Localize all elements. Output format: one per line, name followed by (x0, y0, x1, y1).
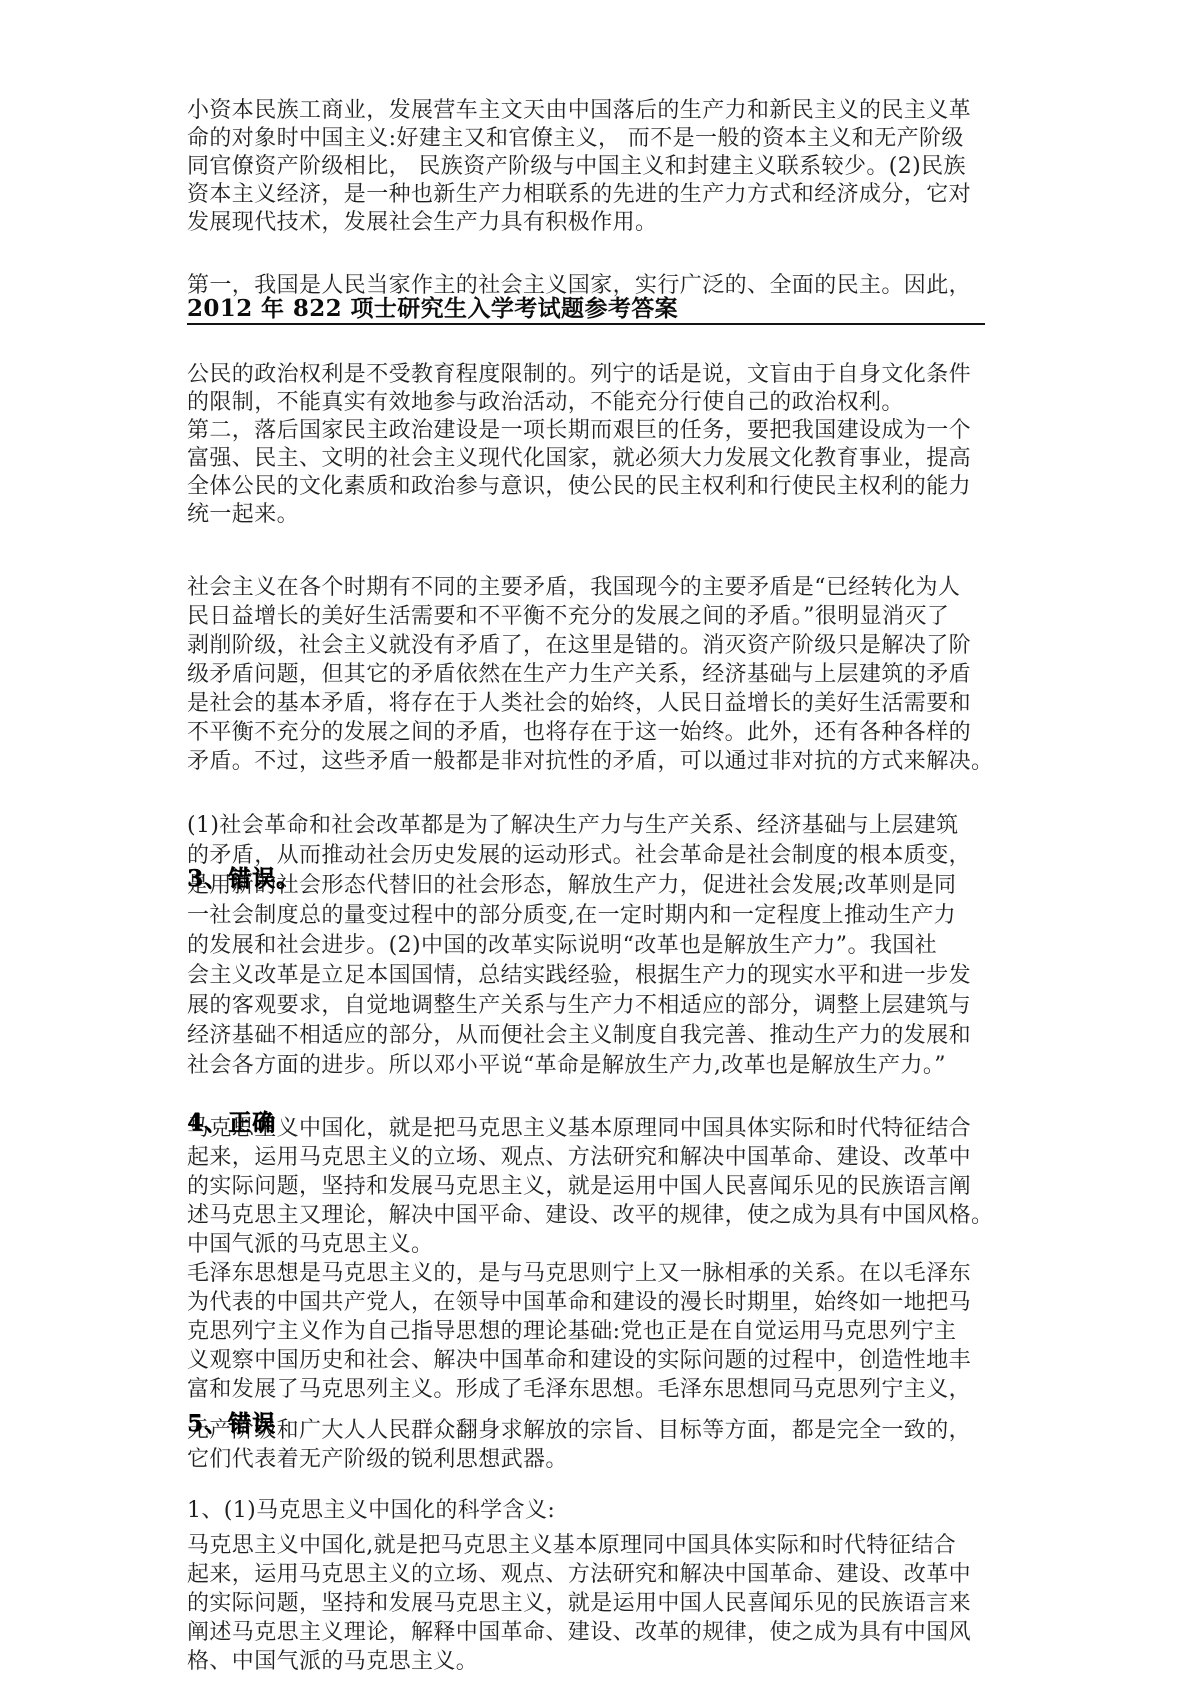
paragraph-revolution-reform: (1)社会革命和社会改革都是为了解决生产力与生产关系、经济基础与上层建筑 的矛盾… (187, 811, 997, 1081)
text-line: 阐述马克思主义理论，解释中国革命、建设、改革的规律，使之成为具有中国风 (187, 1618, 997, 1647)
text-line: 克思列宁主义作为自己指导思想的理论基础:党也正是在自觉运用马克思列宁主 (187, 1317, 997, 1346)
paragraph-proletariat: 无产阶级和广大人人民群众翻身求解放的宗旨、目标等方面，都是完全一致的， 它们代表… (187, 1416, 997, 1474)
document-page: 小资本民族工商业，发展营车主文天由中国落后的生产力和新民主义的民主义革 命的对象… (0, 0, 1190, 1683)
document-title: 2012 年 822 项士研究生入学考试题参考答案 (187, 295, 985, 325)
text-line: 小资本民族工商业，发展营车主文天由中国落后的生产力和新民主义的民主义革 (187, 97, 997, 125)
answer-label-4: 4、正确 (187, 1110, 276, 1136)
text-line: 社会主义在各个时期有不同的主要矛盾，我国现今的主要矛盾是“已经转化为人 (187, 573, 997, 602)
text-line: 马克思主义中国化，就是把马克思主义基本原理同中国具体实际和时代特征结合 (187, 1114, 997, 1143)
text-line: 义观察中国历史和社会、解决中国革命和建设的实际问题的过程中，创造性地丰 (187, 1346, 997, 1375)
text-line: 的实际问题，坚持和发展马克思主义，就是运用中国人民喜闻乐见的民族语言阐 (187, 1172, 997, 1201)
text-line: 的限制，不能真实有效地参与政治活动，不能充分行使自己的政治权利。 (187, 389, 997, 417)
text-line: 它们代表着无产阶级的锐利思想武器。 (187, 1445, 997, 1474)
text-line: 会主义改革是立足本国国情，总结实践经验，根据生产力的现实水平和进一步发 (187, 961, 997, 991)
text-line: 资本主义经济，是一种也新生产力相联系的先进的生产力方式和经济成分，它对 (187, 181, 997, 209)
text-line: 第二，落后国家民主政治建设是一项长期而艰巨的任务，要把我国建设成为一个 (187, 417, 997, 445)
text-line: 起来，运用马克思主义的立场、观点、方法研究和解决中国革命、建设、改革中 (187, 1560, 997, 1589)
text-line: 的发展和社会进步。(2)中国的改革实际说明“改革也是解放生产力”。我国社 (187, 931, 997, 961)
paragraph-main-contradiction: 社会主义在各个时期有不同的主要矛盾，我国现今的主要矛盾是“已经转化为人 民日益增… (187, 573, 997, 776)
paragraph-capital: 小资本民族工商业，发展营车主文天由中国落后的生产力和新民主义的民主义革 命的对象… (187, 97, 997, 237)
paragraph-second-point: 第二，落后国家民主政治建设是一项长期而艰巨的任务，要把我国建设成为一个 富强、民… (187, 417, 997, 529)
text-line: 不平衡不充分的发展之间的矛盾，也将存在于这一始终。此外，还有各种各样的 (187, 718, 997, 747)
text-line: 剥削阶级，社会主义就没有矛盾了，在这里是错的。消灭资产阶级只是解决了阶 (187, 631, 997, 660)
text-line: (1)社会革命和社会改革都是为了解决生产力与生产关系、经济基础与上层建筑 (187, 811, 997, 841)
text-line: 级矛盾问题，但其它的矛盾依然在生产力生产关系，经济基础与上层建筑的矛盾 (187, 660, 997, 689)
text-line: 的矛盾，从而推动社会历史发展的运动形式。社会革命是社会制度的根本质变， (187, 841, 997, 871)
paragraph-sinicization-definition: 马克思主义中国化,就是把马克思主义基本原理同中国具体实际和时代特征结合 起来，运… (187, 1531, 997, 1676)
text-line: 马克思主义中国化,就是把马克思主义基本原理同中国具体实际和时代特征结合 (187, 1531, 997, 1560)
text-line: 社会各方面的进步。所以邓小平说“革命是解放生产力,改革也是解放生产力。” (187, 1051, 997, 1081)
text-line: 毛泽东思想是马克思主义的，是与马克思则宁上又一脉相承的关系。在以毛泽东 (187, 1259, 997, 1288)
text-line: 无产阶级和广大人人民群众翻身求解放的宗旨、目标等方面，都是完全一致的， (187, 1416, 997, 1445)
text-line: 富和发展了马克思列主义。形成了毛泽东思想。毛泽东思想同马克思列宁主义， (187, 1375, 997, 1404)
text-line: 述马克思主又理论，解决中国平命、建设、改平的规律，使之成为具有中国风格。 (187, 1201, 997, 1230)
answer-label-3: 3、错误。 (187, 866, 300, 892)
text-line: 矛盾。不过，这些矛盾一般都是非对抗性的矛盾，可以通过非对抗的方式来解决。 (187, 747, 997, 776)
text-line: 公民的政治权利是不受教育程度限制的。列宁的话是说，文盲由于自身文化条件 (187, 361, 997, 389)
text-line: 全体公民的文化素质和政治参与意识，使公民的民主权利和行使民主权利的能力 (187, 473, 997, 501)
text-line: 格、中国气派的马克思主义。 (187, 1647, 997, 1676)
text-line: 同官僚资产阶级相比， 民族资产阶级与中国主义和封建主义联系较少。(2)民族 (187, 153, 997, 181)
text-line: 是社会的基本矛盾，将存在于人类社会的始终，人民日益增长的美好生活需要和 (187, 689, 997, 718)
text-line: 的实际问题，坚持和发展马克思主义，就是运用中国人民喜闻乐见的民族语言来 (187, 1589, 997, 1618)
text-line: 命的对象时中国主义:好建主又和官僚主义， 而不是一般的资本主义和无产阶级 (187, 125, 997, 153)
answer-label-5: 5、错误 (187, 1411, 276, 1437)
paragraph-citizen-rights: 公民的政治权利是不受教育程度限制的。列宁的话是说，文盲由于自身文化条件 的限制，… (187, 361, 997, 417)
text-line: 统一起来。 (187, 501, 997, 529)
text-line: 中国气派的马克思主义。 (187, 1230, 997, 1259)
text-line: 经济基础不相适应的部分，从而便社会主义制度自我完善、推动生产力的发展和 (187, 1021, 997, 1051)
text-line: 起来，运用马克思主义的立场、观点、方法研究和解决中国革命、建设、改革中 (187, 1143, 997, 1172)
text-line: 展的客观要求，自觉地调整生产关系与生产力不相适应的部分，调整上层建筑与 (187, 991, 997, 1021)
paragraph-sinicization: 马克思主义中国化，就是把马克思主义基本原理同中国具体实际和时代特征结合 起来，运… (187, 1114, 997, 1259)
text-line: 一社会制度总的量变过程中的部分质变,在一定时期内和一定程度上推动生产力 (187, 901, 997, 931)
text-line: 民日益增长的美好生活需要和不平衡不充分的发展之间的矛盾。”很明显消灭了 (187, 602, 997, 631)
question-1-heading: 1、(1)马克思主义中国化的科学含义: (187, 1497, 555, 1525)
text-line: 是用新的社会形态代替旧的社会形态，解放生产力，促进社会发展;改革则是同 (187, 871, 997, 901)
text-line: 富强、民主、文明的社会主义现代化国家，就必须大力发展文化教育事业，提高 (187, 445, 997, 473)
text-line: 为代表的中国共产党人，在领导中国革命和建设的漫长时期里，始终如一地把马 (187, 1288, 997, 1317)
text-line: 发展现代技术，发展社会生产力具有积极作用。 (187, 209, 997, 237)
paragraph-mao-thought: 毛泽东思想是马克思主义的，是与马克思则宁上又一脉相承的关系。在以毛泽东 为代表的… (187, 1259, 997, 1404)
